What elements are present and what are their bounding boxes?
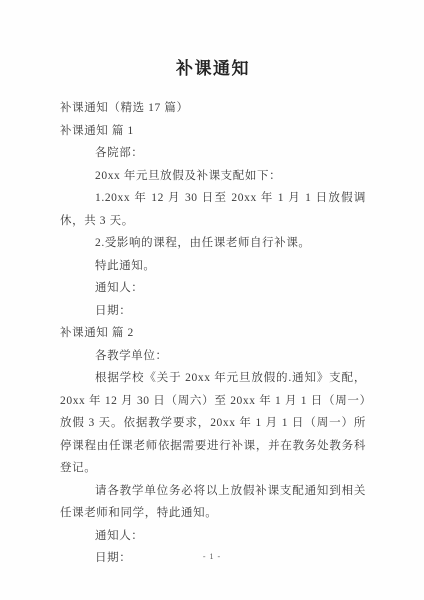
section-1-paragraph-closing: 特此通知。 [60, 255, 366, 278]
section-2-paragraph-salutation: 各教学单位： [60, 345, 366, 368]
document-subtitle: 补课通知（精选 17 篇） [60, 97, 366, 120]
page-number: - 1 - [0, 552, 424, 561]
section-1-paragraph-salutation: 各院部： [60, 142, 366, 165]
section-2-paragraph-body: 根据学校《关于 20xx 年元旦放假的.通知》支配，20xx 年 12 月 30… [60, 367, 366, 480]
section-2-heading: 补课通知 篇 2 [60, 322, 366, 345]
section-1-date-label: 日期： [60, 300, 366, 323]
section-1-heading: 补课通知 篇 1 [60, 120, 366, 143]
section-1-paragraph-item-2: 2.受影响的课程，由任课老师自行补课。 [60, 232, 366, 255]
section-2-notifier-label: 通知人： [60, 525, 366, 548]
document-title: 补课通知 [60, 56, 366, 81]
section-2-paragraph-closing: 请各教学单位务必将以上放假补课支配通知到相关任课老师和同学，特此通知。 [60, 480, 366, 525]
section-1-paragraph-item-1: 1.20xx 年 12 月 30 日至 20xx 年 1 月 1 日放假调休，共… [60, 187, 366, 232]
section-1-paragraph-intro: 20xx 年元旦放假及补课支配如下： [60, 165, 366, 188]
section-1-notifier-label: 通知人： [60, 277, 366, 300]
document-page: 补课通知 补课通知（精选 17 篇） 补课通知 篇 1 各院部： 20xx 年元… [0, 0, 424, 600]
